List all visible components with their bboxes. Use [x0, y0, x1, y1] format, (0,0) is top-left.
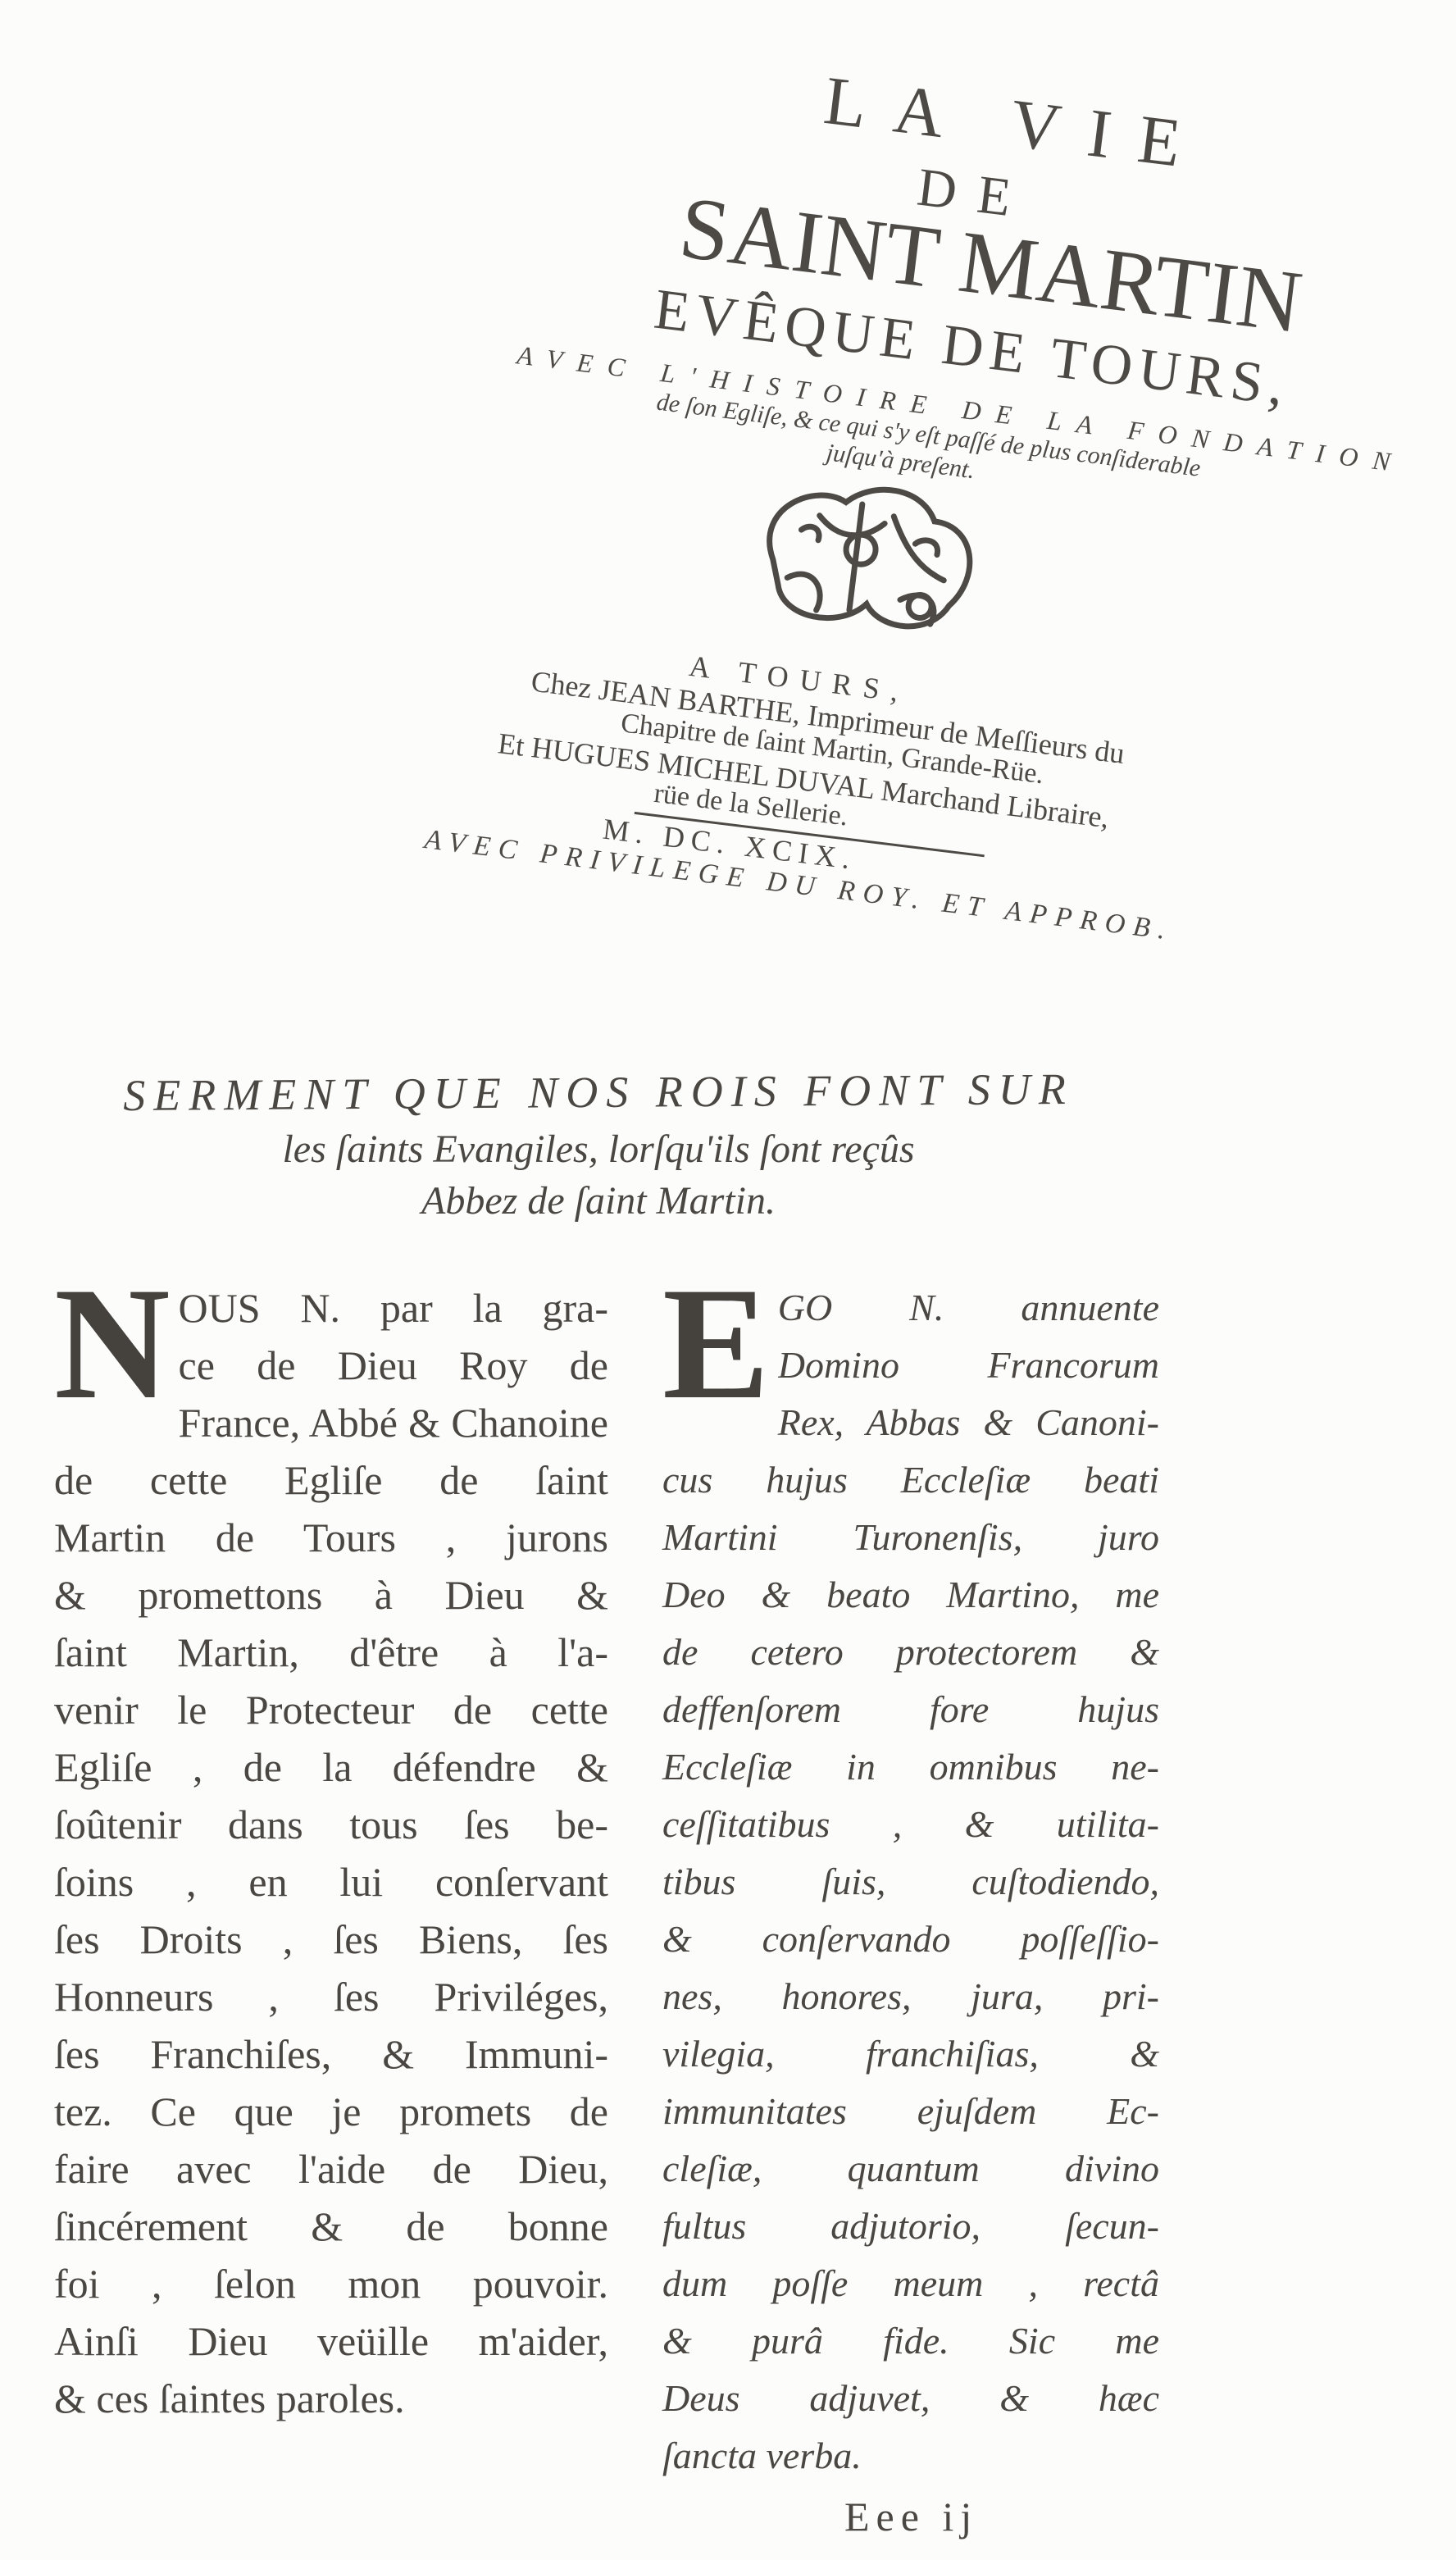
french-line: Ainſi Dieu veüille m'aider,	[54, 2312, 608, 2370]
french-line: ſes Franchiſes, & Immuni-	[54, 2025, 608, 2083]
dropcap-n: N	[54, 1282, 171, 1404]
french-line: de cette Egliſe de ſaint	[54, 1451, 608, 1509]
french-line: ſaint Martin, d'être à l'a-	[54, 1624, 608, 1681]
french-line: OUS N. par la gra-	[179, 1279, 608, 1337]
latin-line: Domino Francorum	[778, 1337, 1159, 1394]
oath-heading-line-1: SERMENT QUE NOS ROIS FONT SUR	[49, 1062, 1148, 1122]
oath-heading: SERMENT QUE NOS ROIS FONT SUR les ſaints…	[49, 1066, 1148, 1227]
french-line: Martin de Tours , jurons	[54, 1509, 608, 1566]
oath-heading-line-2: les ſaints Evangiles, lorſqu'ils ſont re…	[49, 1123, 1148, 1176]
french-line: ſes Droits , ſes Biens, ſes	[54, 1911, 608, 1968]
french-line: Egliſe , de la défendre &	[54, 1738, 608, 1796]
oath-latin-column: E GO N. annuente Domino Francorum Rex, A…	[662, 1279, 1159, 2485]
french-line: tez. Ce que je promets de	[54, 2083, 608, 2140]
printer-ornament-icon	[732, 458, 996, 650]
latin-line: ceſſitatibus , & utilita-	[662, 1796, 1159, 1853]
scanned-page: LA VIE DE SAINT MARTIN EVÊQUE DE TOURS, …	[0, 0, 1456, 2560]
dropcap-e: E	[662, 1282, 770, 1404]
french-line: ce de Dieu Roy de	[179, 1337, 608, 1394]
latin-line: tibus ſuis, cuſtodiendo,	[662, 1853, 1159, 1911]
french-line: & ces ſaintes paroles.	[54, 2370, 608, 2427]
oath-heading-line-3: Abbez de ſaint Martin.	[49, 1176, 1148, 1227]
oath-french-column: N OUS N. par la gra- ce de Dieu Roy de F…	[54, 1279, 608, 2427]
latin-line: nes, honores, jura, pri-	[662, 1968, 1159, 2025]
latin-line: cus hujus Eccleſiæ beati	[662, 1451, 1159, 1509]
latin-line: immunitates ejuſdem Ec-	[662, 2083, 1159, 2140]
latin-line: deffenſorem fore hujus	[662, 1681, 1159, 1738]
latin-line: Deus adjuvet, & hæc	[662, 2370, 1159, 2427]
french-line: faire avec l'aide de Dieu,	[54, 2140, 608, 2198]
french-line: Honneurs , ſes Priviléges,	[54, 1968, 608, 2025]
latin-line: dum poſſe meum , rectâ	[662, 2255, 1159, 2312]
latin-line: de cetero protectorem &	[662, 1624, 1159, 1681]
french-line: venir le Protecteur de cette	[54, 1681, 608, 1738]
french-line: foi , ſelon mon pouvoir.	[54, 2255, 608, 2312]
french-line: & promettons à Dieu &	[54, 1566, 608, 1624]
latin-line: GO N. annuente	[778, 1279, 1159, 1337]
latin-line: vilegia, franchiſias, &	[662, 2025, 1159, 2083]
latin-line: Deo & beato Martino, me	[662, 1566, 1159, 1624]
signature-mark: Eee ij	[844, 2493, 978, 2540]
latin-line: ſancta verba.	[662, 2427, 1159, 2485]
latin-line: fultus adjutorio, ſecun-	[662, 2198, 1159, 2255]
latin-line: Eccleſiæ in omnibus ne-	[662, 1738, 1159, 1796]
latin-line: cleſiæ, quantum divino	[662, 2140, 1159, 2198]
latin-line: Martini Turonenſis, juro	[662, 1509, 1159, 1566]
title-page: LA VIE DE SAINT MARTIN EVÊQUE DE TOURS, …	[534, 33, 1437, 1122]
french-line: ſoins , en lui conſervant	[54, 1853, 608, 1911]
french-line: ſoûtenir dans tous ſes be-	[54, 1796, 608, 1853]
latin-line: & purâ fide. Sic me	[662, 2312, 1159, 2370]
french-line: ſincérement & de bonne	[54, 2198, 608, 2255]
latin-line: & conſervando poſſeſſio-	[662, 1911, 1159, 1968]
